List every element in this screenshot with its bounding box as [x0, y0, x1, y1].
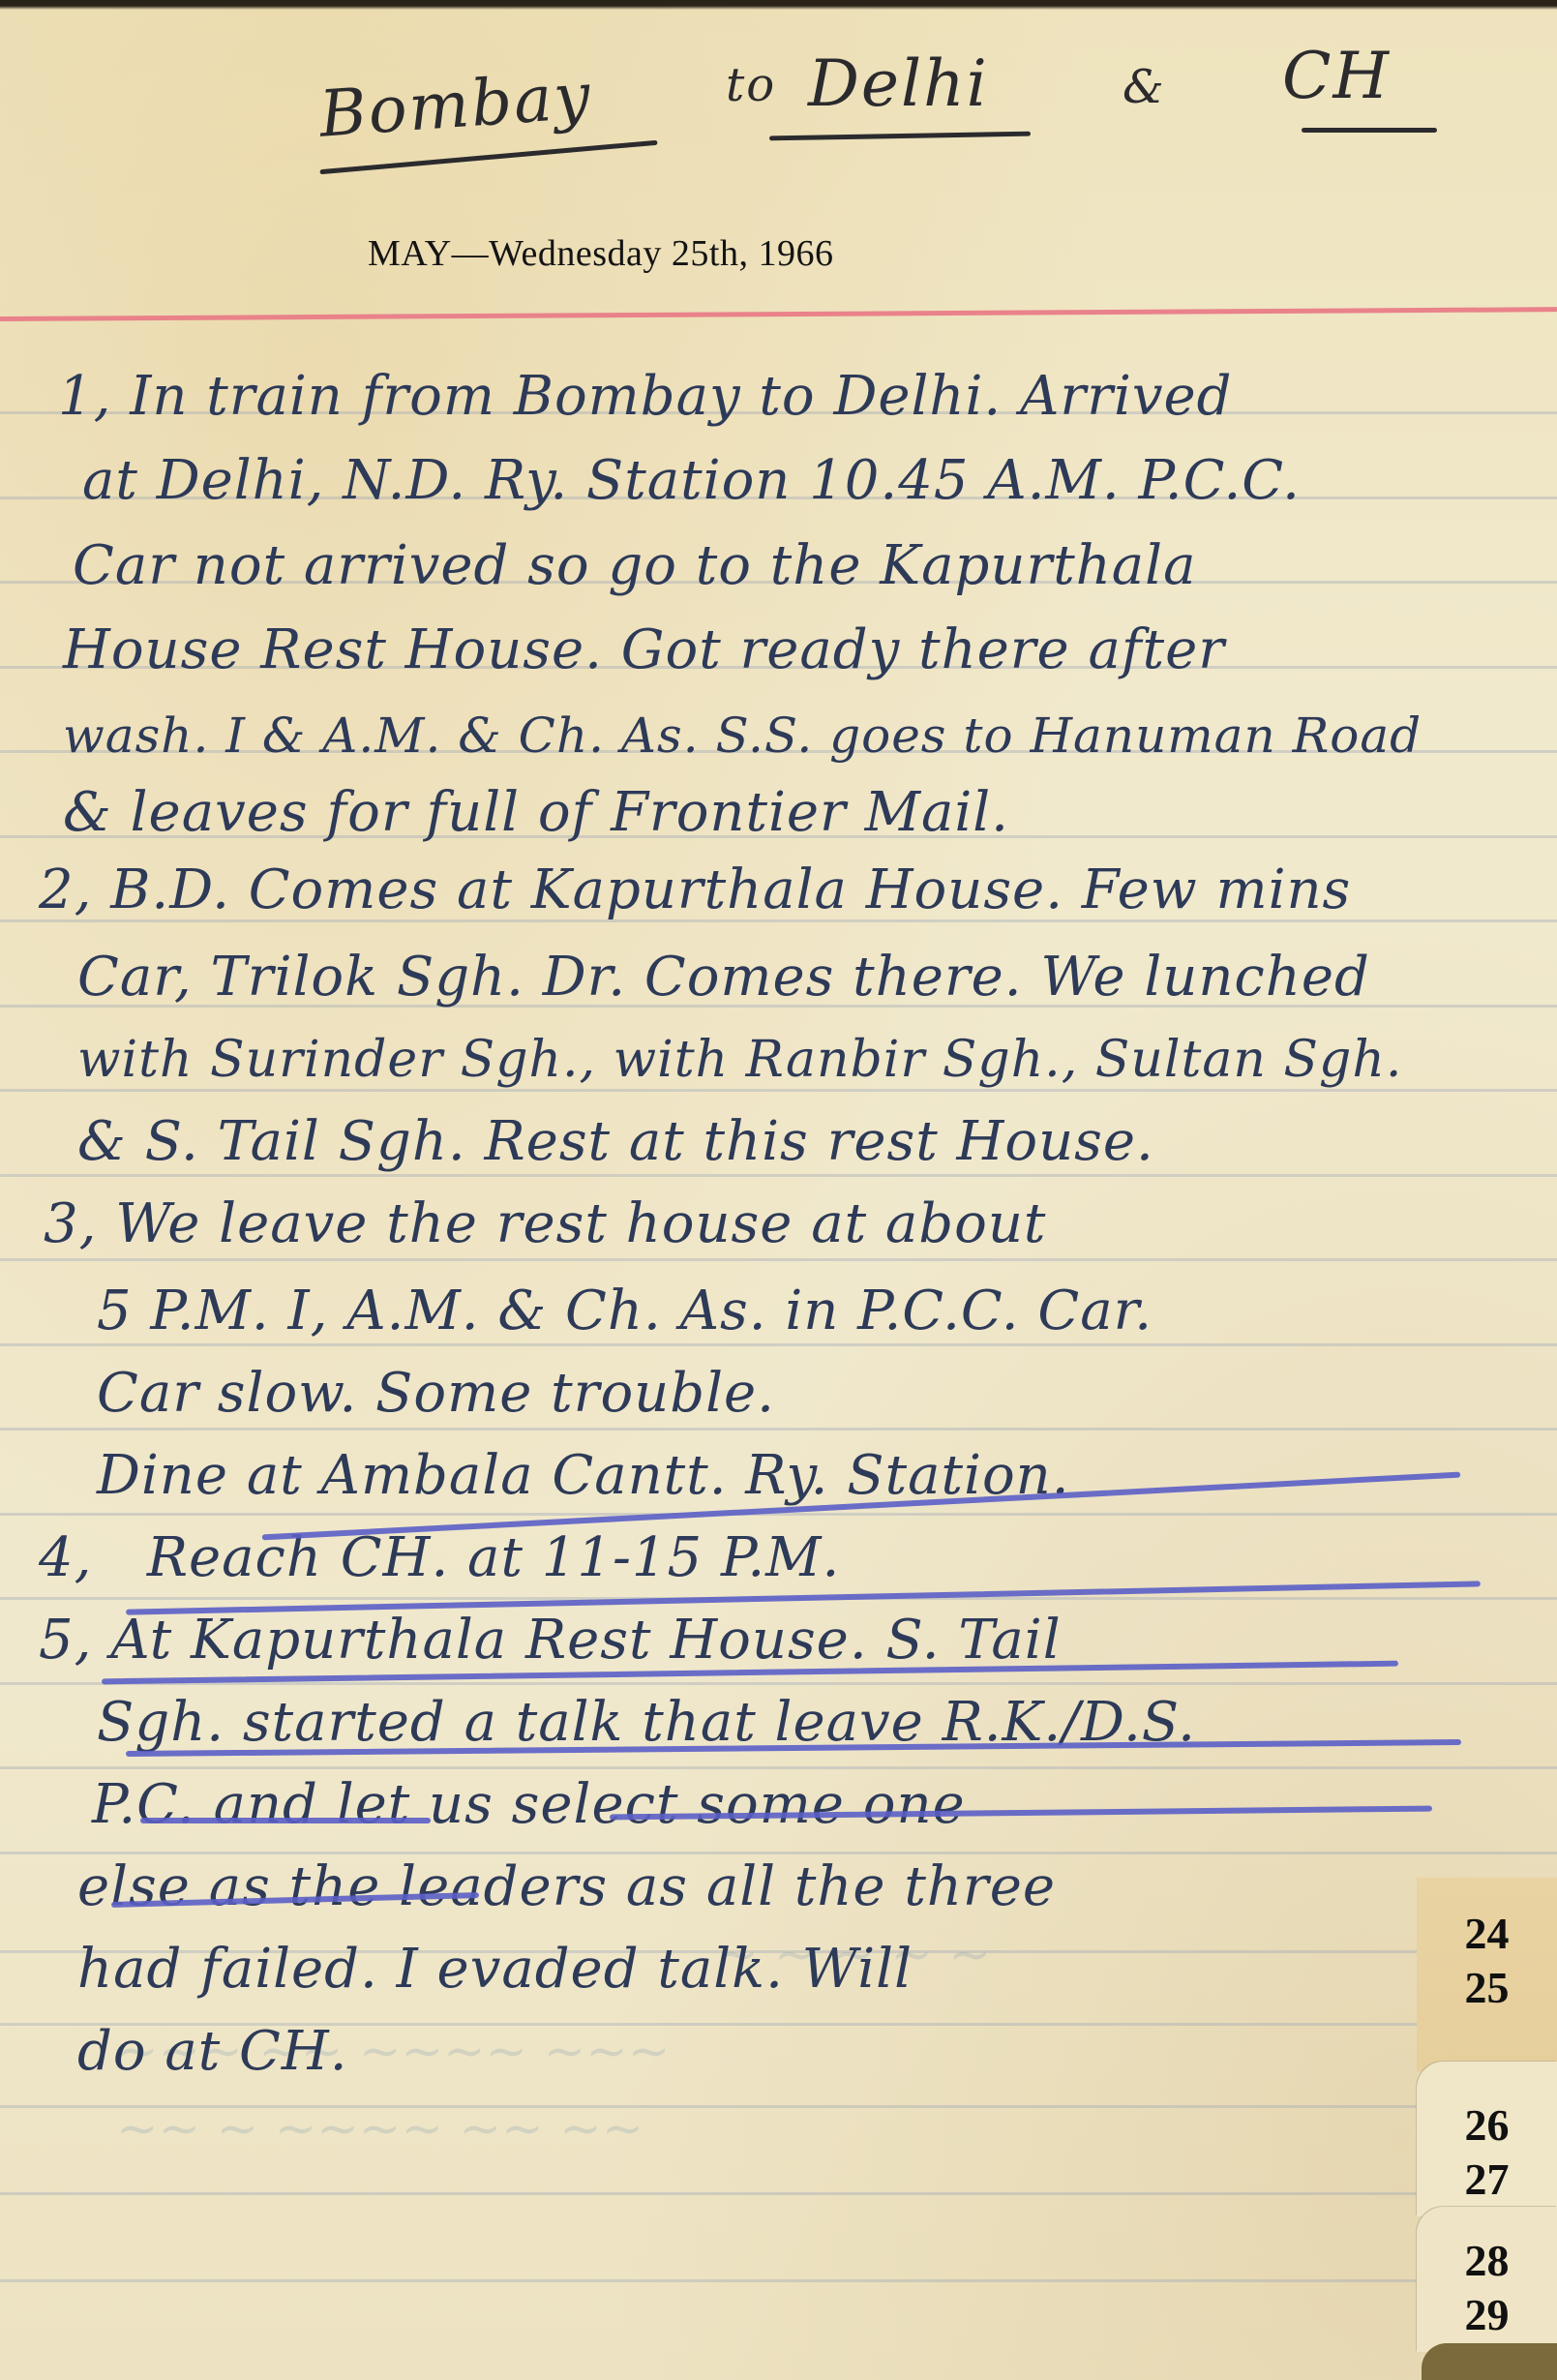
entry-number: 1, [58, 365, 111, 428]
entry-line: at Delhi, N.D. Ry. Station 10.45 A.M. P.… [82, 433, 1301, 529]
heading-and: & [1123, 60, 1166, 114]
entry-text: at Delhi, N.D. Ry. Station 10.45 A.M. P.… [82, 449, 1301, 512]
entry-text: At Kapurthala Rest House. S. Tail [110, 1609, 1061, 1672]
tab-date: 29 [1417, 2288, 1557, 2342]
blue-underline [140, 1818, 431, 1823]
date-tab-28-29[interactable]: 28 29 [1417, 2207, 1557, 2352]
heading-destination: CH [1282, 39, 1391, 113]
entry-text: had failed. I evaded talk. Will [77, 1938, 913, 2001]
tab-date: 27 [1417, 2153, 1557, 2207]
entry-text: Car slow. Some trouble. [97, 1362, 775, 1425]
diary-cover-edge [1422, 2343, 1557, 2380]
heading-underline [1302, 128, 1437, 133]
handwritten-heading: Bombay to Delhi & CH [0, 39, 1557, 165]
scan-top-edge [0, 0, 1557, 10]
heading-connector: to [726, 58, 776, 112]
entry-text: In train from Bombay to Delhi. Arrived [130, 365, 1232, 428]
entry-text: & leaves for full of Frontier Mail. [63, 781, 1009, 844]
entry-text: Car, Trilok Sgh. Dr. Comes there. We lun… [77, 946, 1370, 1009]
entry-text: wash. I & A.M. & Ch. As. S.S. goes to Ha… [63, 708, 1422, 764]
entry-line: do at CH. [77, 2003, 348, 2100]
ruled-line [0, 2192, 1557, 2195]
entry-line: 1, In train from Bombay to Delhi. Arrive… [58, 348, 1233, 445]
date-index-tabs: 24 25 26 27 28 29 [1412, 1878, 1557, 2380]
entry-text: Dine at Ambala Cantt. Ry. Station. [97, 1444, 1070, 1507]
entry-text: House Rest House. Got ready there after [63, 618, 1225, 681]
heading-from: Bombay [317, 58, 594, 151]
tab-date: 26 [1417, 2098, 1557, 2153]
entry-line: Car not arrived so go to the Kapurthala [73, 518, 1196, 615]
heading-to: Delhi [808, 46, 989, 121]
entry-text: P.C. and let us select some one [92, 1773, 966, 1836]
entry-number: 3, [44, 1192, 97, 1255]
tab-date: 24 [1417, 1907, 1557, 1961]
entry-text: & S. Tail Sgh. Rest at this rest House. [77, 1110, 1154, 1173]
ruled-line [0, 2279, 1557, 2282]
entry-text: do at CH. [77, 2020, 348, 2083]
entry-line: House Rest House. Got ready there after [63, 602, 1225, 699]
date-tab-26-27[interactable]: 26 27 [1417, 2062, 1557, 2216]
entry-text: B.D. Comes at Kapurthala House. Few mins [110, 859, 1351, 921]
entry-line: 3, We leave the rest house at about [44, 1176, 1046, 1273]
date-tab-24-25[interactable]: 24 25 [1417, 1878, 1557, 2071]
entry-text: Car not arrived so go to the Kapurthala [73, 534, 1196, 597]
entry-text: We leave the rest house at about [115, 1192, 1046, 1255]
entry-number: 5, [39, 1609, 92, 1672]
tab-date: 28 [1417, 2234, 1557, 2288]
tab-date: 25 [1417, 1961, 1557, 2015]
red-header-rule [0, 307, 1557, 321]
entry-text: with Surinder Sgh., with Ranbir Sgh., Su… [77, 1031, 1402, 1089]
entry-text: Reach CH. at 11-15 P.M. [147, 1526, 840, 1589]
printed-date: MAY—Wednesday 25th, 1966 [368, 232, 833, 275]
entry-number: 2, [39, 859, 92, 921]
entry-text: 5 P.M. I, A.M. & Ch. As. in P.C.C. Car. [97, 1280, 1153, 1342]
entry-text: else as the leaders as all the three [77, 1855, 1056, 1918]
bleed-through-text: ~~ ~ ~~~~ ~~ ~~ [116, 2100, 644, 2158]
entry-number: 4, [39, 1526, 92, 1589]
diary-page: ~ ~ ~ ~ ~ ~~~ ~~ ~~~~ ~~~ ~~ ~ ~~~~ ~~ ~… [0, 0, 1557, 2380]
entry-line: 2, B.D. Comes at Kapurthala House. Few m… [39, 842, 1351, 939]
